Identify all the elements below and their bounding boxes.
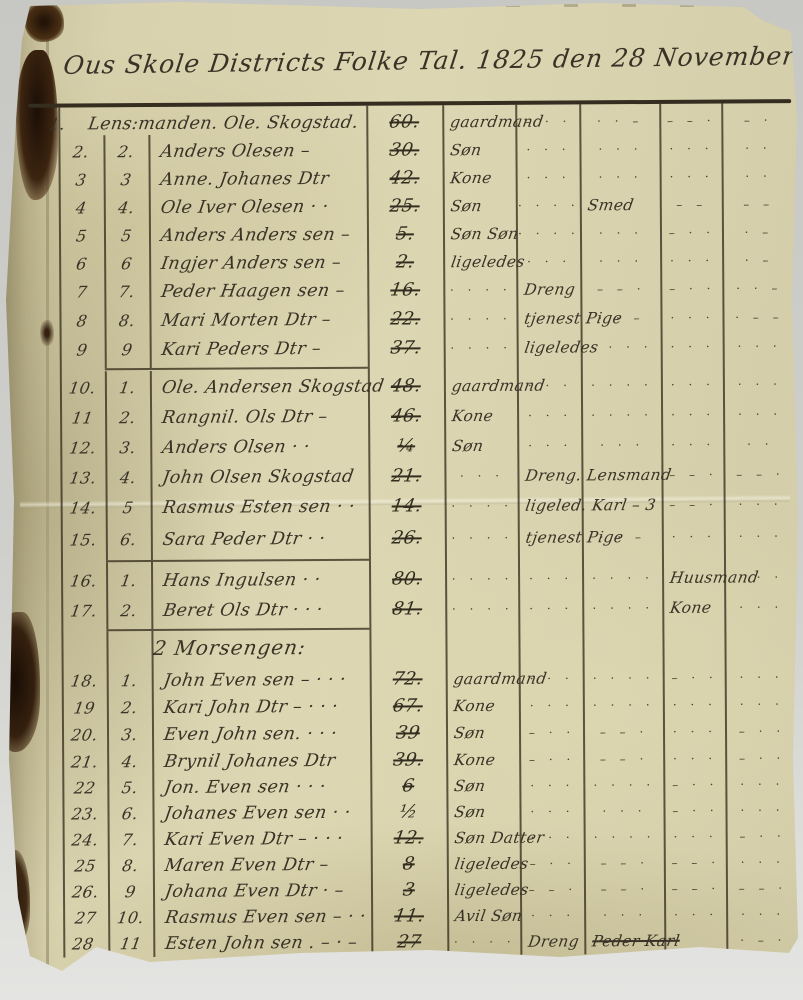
relation-value: Søn [442,136,523,163]
ditto-marks: – · · [522,849,584,876]
ditto-marks: – – · [586,875,664,902]
age-value: 12. [369,824,449,851]
note-value: Dreng [520,927,592,954]
ditto-marks: · · · [520,564,582,591]
ditto-marks: – · · [727,717,797,744]
ditto-marks: · · · [727,770,797,797]
ditto-marks: · · · [665,691,725,718]
ditto-marks: · · [724,162,794,189]
census-row: 99Kari Peders Dtr –37.· · · ·ligeledes· … [60,332,795,363]
census-row: 14.5Rasmus Esten sen · ·14.· · · ·ligele… [61,490,796,521]
person-name: Kari Even Dtr – · · · [153,825,383,853]
age-value: 16. [365,276,445,303]
household-number: 9 [103,336,152,363]
ditto-marks: – – · [664,491,724,518]
household-number: 3. [103,434,152,461]
ditto-marks: · · · · [583,371,661,398]
age-value: 39. [368,746,448,773]
relation-value: gaardmand [446,665,527,692]
section-title: 2 Morsengen: [153,632,413,661]
ditto-marks: · – [724,218,794,245]
census-row: 66Ingjer Anders sen –2.ligeledes· · ·· ·… [59,246,794,277]
ditto-marks: · · · [725,370,795,397]
ditto-marks: · · · [662,163,722,190]
ditto-marks: · · · [517,135,579,162]
household-number: 2. [101,138,150,165]
ditto-marks: · · · · [586,823,664,850]
age-value: 39 [368,719,448,746]
row-number: 27 [61,904,110,931]
note-value: ligeled. Karl – 3 [518,491,590,518]
person-name: Maren Even Dtr – [153,851,383,879]
ditto-marks: · · – [582,304,660,331]
household-number: 1. [103,374,152,401]
row-number: 6 [57,250,106,277]
relation-value: Søn [444,432,525,459]
person-name: John Olsen Skogstad [150,463,380,491]
row-number: 20. [60,721,109,748]
relation-value: gaardmand [444,372,525,399]
relation-value: Kone [446,692,527,719]
ditto-marks: – · · [662,219,722,246]
relation-value: Kone [446,746,527,773]
ditto-marks: · · · · [447,524,518,551]
ditto-marks: · · · · [447,492,518,519]
person-name: Anders Anders sen – [149,221,379,249]
age-value: 6 [368,772,448,799]
household-number: 8. [106,852,155,879]
row-number: 5 [57,222,106,249]
person-name: Beret Ols Dtr · · · [151,596,381,624]
ditto-marks: · · · · [446,334,517,361]
ditto-marks: · · · · [583,401,661,428]
ditto-marks: – – · [582,275,660,302]
ditto-marks: · · · [521,691,583,718]
person-name: Anders Olsen · · [150,433,380,461]
census-row: 44.Ole Iver Olesen · ·25.Søn· · · ·Smed–… [59,190,794,221]
ditto-marks: – – · [728,874,798,901]
row-number: 23. [60,800,109,827]
ditto-marks: – – · [586,849,664,876]
relation-value: Søn [446,798,527,825]
relation-value: gaardmand [442,108,523,135]
ditto-marks: – · · [665,797,725,824]
relation-value: Avil Søn [447,902,528,929]
ditto-marks: – · · [665,664,725,691]
person-name: Sara Peder Dtr · · [151,525,381,553]
ditto-marks: · · · [662,247,722,274]
person-name: Kari John Dtr – · · · [152,693,382,721]
person-name: Esten John sen . – · – [153,929,383,957]
ditto-marks: – – · [666,875,726,902]
ditto-marks: – · · [727,744,797,771]
census-row: 12.3.Anders Olsen · ·¼Søn· · ·· · ·· · ·… [60,430,795,461]
ditto-marks: – – · [661,107,721,134]
row-number: 18. [60,667,109,694]
census-row: 17.2.Beret Ols Dtr · · ·81.· · · ·· · ··… [61,593,796,624]
row-number: 11 [58,404,107,431]
ditto-marks: – – · [585,718,663,745]
ditto-marks: · · · · [445,276,516,303]
ditto-marks: · · · [446,462,517,489]
ditto-marks: – – · [725,460,795,487]
ditto-marks: · · · [726,563,796,590]
ditto-marks: · · · [519,431,581,458]
census-row: 112.Rangnil. Ols Dtr –46.Kone· · ·· · · … [60,400,795,431]
person-name: Hans Ingulsen · · [151,566,381,594]
row-number: 16. [59,567,108,594]
row-number: 4 [57,194,106,221]
ditto-marks: · – – [724,303,794,330]
note-value: Peder Karl [584,927,672,955]
note-value: Dreng [516,275,588,302]
ditto-marks: · · · [663,333,723,360]
note-value: Smed [580,191,668,219]
age-value: ½ [368,798,448,825]
household-number: 5 [104,494,153,521]
person-name: Ole Iver Olesen · · [149,193,379,221]
ditto-marks: · · · [663,431,723,458]
ditto-marks: · · · [582,219,660,246]
household-number: 1. [104,567,153,594]
ditto-marks: · · · · [518,191,580,218]
row-number: 12. [58,434,107,461]
row-number: 22 [60,774,109,801]
household-number: 2. [103,404,152,431]
census-row: 88.Mari Morten Dtr –22.· · · ·tjenest Pi… [59,303,794,334]
note-value: ligeledes [517,333,589,360]
ditto-marks: · · · [666,823,726,850]
age-value: 42. [365,164,445,191]
ditto-marks: · · · · [449,928,520,955]
note-value: Kone [662,593,732,620]
ditto-marks: · · · [728,900,798,927]
ditto-marks: · · · [663,401,723,428]
ditto-marks: – · · [728,822,798,849]
relation-value: Søn [446,772,527,799]
ditto-marks: · · · · [585,664,663,691]
person-name: Rangnil. Ols Dtr – [150,403,380,431]
person-name: Peder Haagen sen – [149,277,379,305]
ditto-marks: · · · [581,135,659,162]
ditto-marks: · · · [727,690,797,717]
household-number: 9 [106,878,155,905]
household-number: 4. [103,464,152,491]
age-value: 60. [364,108,444,135]
ditto-marks: – · · [521,718,583,745]
ditto-marks: · · · · [585,691,663,718]
household-number: 10. [106,904,155,931]
ditto-marks: · · · [522,823,584,850]
household-number: 2. [104,597,153,624]
ditto-marks: · · · [585,797,663,824]
ditto-marks: · · · [518,163,580,190]
age-value: 81. [367,595,447,622]
ditto-marks: – · [723,106,793,133]
ditto-marks: · · · [663,371,723,398]
relation-value: ligeledes [447,876,528,903]
household-number: 4. [102,194,151,221]
census-row: 55Anders Anders sen –5.Søn Søn· · · ·· ·… [59,218,794,249]
ditto-marks: · · · [582,247,660,274]
ditto-marks: – · · [521,745,583,772]
person-name: Brynil Johanes Dtr [152,747,382,775]
household-number: 6. [104,526,153,553]
age-value: 14. [367,492,447,519]
ditto-marks: · · · [726,490,796,517]
ditto-marks: · · · [520,594,582,621]
household-number: 7. [102,278,151,305]
ditto-marks: · · · [664,523,724,550]
person-name: Rasmus Even sen – · · [153,903,383,931]
note-value: Huusmand [662,563,732,590]
row-number: 1. [38,110,76,137]
ditto-marks: – – [662,191,722,218]
ditto-marks: – · · [665,771,725,798]
relation-value: Kone [443,164,524,191]
ditto-marks: · · · · [585,771,663,798]
age-value: 3 [369,876,449,903]
ditto-marks: · · · · [518,219,580,246]
row-number: 8 [57,307,106,334]
row-number: 21. [60,748,109,775]
row-number: 10. [58,374,107,401]
age-value: 11. [369,902,449,929]
ditto-marks: – – · [666,849,726,876]
relation-value: Søn [443,192,524,219]
note-value: Dreng. Lensmand [517,461,589,488]
household-number: 1. [105,667,154,694]
age-value: 26. [367,524,447,551]
row-number: 7 [57,278,106,305]
person-name: Mari Morten Dtr – [149,306,379,334]
census-table: 1.Lens:manden. Ole. Skogstad.60.gaardman… [58,103,798,957]
person-name: Ole. Andersen Skogstad [150,373,380,401]
household-number: 11 [106,930,155,957]
person-name: Lens:manden. Ole. Skogstad. [76,109,390,138]
person-name: Ingjer Anders sen – [149,249,379,277]
census-row: 13.4.John Olsen Skogstad21.· · ·Dreng. L… [60,460,795,491]
age-value: 80. [367,565,447,592]
note-value: tjenest Pige [516,304,588,331]
person-name: Jon. Even sen · · · [152,773,382,801]
ditto-marks: · · – [584,523,662,550]
ditto-marks: · · · [518,247,580,274]
row-number: 9 [58,336,107,363]
row-number: 13. [58,464,107,491]
age-value: 27 [369,928,449,955]
household-number: 2. [105,694,154,721]
household-number: 5. [105,774,154,801]
age-value: ¼ [366,432,446,459]
ditto-marks: · · · · [447,565,518,592]
household-number: 3 [102,166,151,193]
row-number: 25 [61,852,110,879]
ditto-marks: · · – [581,107,659,134]
person-name: Anne. Johanes Dtr [149,165,379,193]
ditto-marks: · · · [725,400,795,427]
row-number: 26. [61,878,110,905]
row-number: 19 [60,694,109,721]
household-number: 4. [105,748,154,775]
photo-background: Ous Skole Districts Folke Tal. 1825 den … [0,0,803,1000]
age-value: 2. [365,248,445,275]
person-name: Even John sen. · · · [152,720,382,748]
age-value: 48. [366,372,446,399]
ditto-marks: · · · · [584,594,662,621]
household-number: 6. [105,800,154,827]
table-rule [106,628,369,632]
ditto-marks: · · · [521,664,583,691]
age-value: 25. [365,192,445,219]
person-name: John Even sen – · · · [152,666,382,694]
ditto-marks: · · · [727,796,797,823]
row-number: 24. [61,826,110,853]
page-title: Ous Skole Districts Folke Tal. 1825 den … [62,42,726,80]
relation-value: ligeledes [447,850,528,877]
age-value: 67. [368,692,448,719]
census-row: 1.Lens:manden. Ole. Skogstad.60.gaardman… [58,106,793,137]
ditto-marks: · · · [519,371,581,398]
relation-value: ligeledes [443,248,524,275]
ditto-marks: · · · [583,431,661,458]
age-value: 37. [366,334,446,361]
page-content: Ous Skole Districts Folke Tal. 1825 den … [0,0,803,1000]
ditto-marks: · · · [665,745,725,772]
age-value: 8 [369,850,449,877]
age-value: 22. [365,305,445,332]
census-row: 10.1.Ole. Andersen Skogstad48.gaardmand·… [60,370,795,401]
census-row: 15.6.Sara Peder Dtr · ·26.· · · ·tjenest… [61,522,796,553]
census-row: 28.11Esten John sen . – · –27· · · ·Dren… [63,926,798,957]
ditto-marks: · · · [661,135,721,162]
relation-value: Søn [446,719,527,746]
section-header-row: 2 Morsengen: [61,630,796,661]
ditto-marks: – – [724,190,794,217]
census-row: 16.1.Hans Ingulsen · ·80.· · · ·· · ·· ·… [61,563,796,594]
ditto-marks: · · · [521,797,583,824]
relation-value: Kone [444,402,525,429]
relation-value: Søn Søn [443,220,524,247]
ditto-marks: – · · [662,275,722,302]
row-number: 28. [61,930,110,957]
household-number: 6 [102,250,151,277]
ditto-marks: · · · [725,332,795,359]
table-rule [105,367,368,371]
ditto-marks: · · · [665,718,725,745]
age-value: 72. [368,665,448,692]
age-value: 46. [366,402,446,429]
person-name: Anders Olesen – [148,137,378,165]
ditto-marks: · · · [582,163,660,190]
row-number: 15. [59,526,108,553]
census-row: 2.2.Anders Olesen –30.Søn· · ·· · ·· · ·… [58,134,793,165]
ditto-marks: · – · [728,926,798,953]
household-number: 7. [106,826,155,853]
ditto-marks: – – · [585,745,663,772]
ditto-marks: · · · · [583,333,661,360]
ditto-marks: · · · [726,593,796,620]
census-row: 77.Peder Haagen sen –16.· · · ·Dreng– – … [59,274,794,305]
age-value: 5. [365,220,445,247]
document-page: Ous Skole Districts Folke Tal. 1825 den … [0,0,803,1000]
census-row: 33Anne. Johanes Dtr42.Kone· · ·· · ·· · … [59,162,794,193]
row-number: 2. [56,138,105,165]
ditto-marks: · · · [519,401,581,428]
person-name: Kari Peders Dtr – [150,335,380,363]
note-value: tjenest Pige [518,523,590,550]
ditto-marks: · · · · [584,564,662,591]
ditto-marks: · · – [724,274,794,301]
ditto-marks: – · · [517,107,579,134]
ditto-marks: · · · · [445,305,516,332]
relation-value: Søn Datter [447,824,528,851]
ditto-marks: · · · [666,901,726,928]
person-name: Johana Even Dtr · – [153,877,383,905]
ditto-marks: · · · [662,304,722,331]
ditto-marks: · · [725,430,795,457]
ditto-marks: – – · [663,461,723,488]
ditto-marks: – – · [522,875,584,902]
ditto-marks: · · · [727,663,797,690]
ditto-marks: · · · [522,901,584,928]
age-value: 21. [366,462,446,489]
table-rule [106,559,369,563]
ditto-marks: · · · [586,901,664,928]
ditto-marks: · · · [728,848,798,875]
household-number: 5 [102,222,151,249]
row-number: 14. [59,494,108,521]
household-number: 8. [102,307,151,334]
age-value: 30. [364,136,444,163]
row-number: 17. [59,597,108,624]
row-number: 3 [57,166,106,193]
ditto-marks: · · · · [447,595,518,622]
person-name: Johanes Even sen · · [152,799,382,827]
ditto-marks: · – [724,246,794,273]
person-name: Rasmus Esten sen · · [151,493,381,521]
household-number: 3. [105,721,154,748]
ditto-marks: · · · [726,522,796,549]
ditto-marks: · · [723,134,793,161]
ditto-marks: · · · [521,771,583,798]
